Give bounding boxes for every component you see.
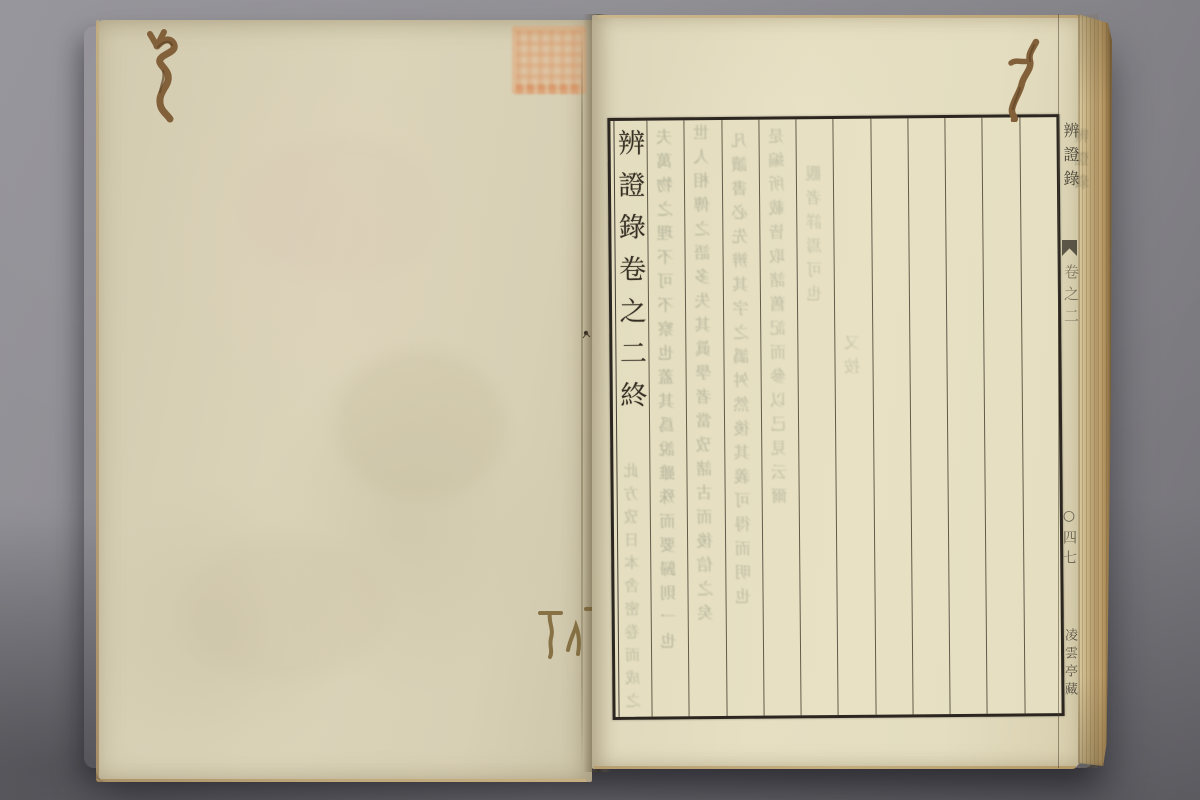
text-column: 又按 bbox=[833, 119, 875, 715]
paper-blotch bbox=[336, 350, 506, 500]
text-column bbox=[945, 118, 987, 714]
bleedthrough-text: 又按 bbox=[846, 334, 862, 382]
text-column: 觀者詳焉可也 bbox=[795, 119, 837, 715]
bleedthrough-text: 觀者詳焉可也 bbox=[807, 165, 824, 309]
text-column bbox=[907, 118, 949, 714]
photo-of-open-book: 辨證錄卷之二終此方攷日本舎密卷而成之夫萬物之理不可不察也蓋其爲說雖殊而要歸則一也… bbox=[0, 0, 1200, 800]
text-column: 世人相傳之語多失其眞學者當攷諸古而後信之矣 bbox=[684, 120, 726, 716]
left-page bbox=[96, 20, 592, 782]
paper-blotch bbox=[246, 140, 436, 280]
bleedthrough-text: 是編所載皆取諸舊記而參以己見云爾 bbox=[769, 127, 788, 511]
hanshin-strip: 辨證錄 辨證錄 卷之二 ○四七 凌雲亭藏 bbox=[1056, 14, 1098, 768]
bleedthrough-text: 世人相傳之語多失其眞學者當攷諸古而後信之矣 bbox=[695, 124, 715, 628]
bleedthrough-text: 此方攷日本舎密卷而成之 bbox=[624, 463, 641, 716]
seal-stamp-bleedthrough-row bbox=[516, 84, 582, 94]
end-title-text: 辨證錄卷之二終 bbox=[615, 129, 645, 423]
fold-line bbox=[1058, 14, 1059, 768]
text-column bbox=[870, 118, 912, 714]
paper-blotch bbox=[186, 540, 386, 680]
text-column bbox=[982, 117, 1024, 713]
hanshin-volume: 卷之二 bbox=[1063, 264, 1078, 330]
text-column: 是編所載皆取諸舊記而參以己見云爾 bbox=[758, 119, 800, 715]
fishtail-mark bbox=[1062, 240, 1077, 256]
right-page: 辨證錄卷之二終此方攷日本舎密卷而成之夫萬物之理不可不察也蓋其爲說雖殊而要歸則一也… bbox=[592, 15, 1080, 769]
hanshin-page-number: ○四七 bbox=[1062, 508, 1076, 570]
end-title-column: 辨證錄卷之二終此方攷日本舎密卷而成之 bbox=[610, 121, 651, 717]
text-column: 夫萬物之理不可不察也蓋其爲說雖殊而要歸則一也 bbox=[646, 120, 688, 716]
bleedthrough-text: 夫萬物之理不可不察也蓋其爲說雖殊而要歸則一也 bbox=[658, 128, 679, 656]
hanshin-colophon: 凌雲亭藏 bbox=[1063, 628, 1076, 700]
binding-cord-left bbox=[125, 26, 209, 126]
hanshin-title-ghost: 辨證錄 bbox=[1073, 128, 1088, 197]
text-column: 凡讀書必先辨其字之譌舛然後其義可得而明也 bbox=[721, 120, 763, 716]
printed-frame: 辨證錄卷之二終此方攷日本舎密卷而成之夫萬物之理不可不察也蓋其爲說雖殊而要歸則一也… bbox=[607, 114, 1064, 720]
binding-cord-right bbox=[992, 30, 1056, 122]
bleedthrough-text: 凡讀書必先辨其字之譌舛然後其義可得而明也 bbox=[732, 132, 752, 612]
